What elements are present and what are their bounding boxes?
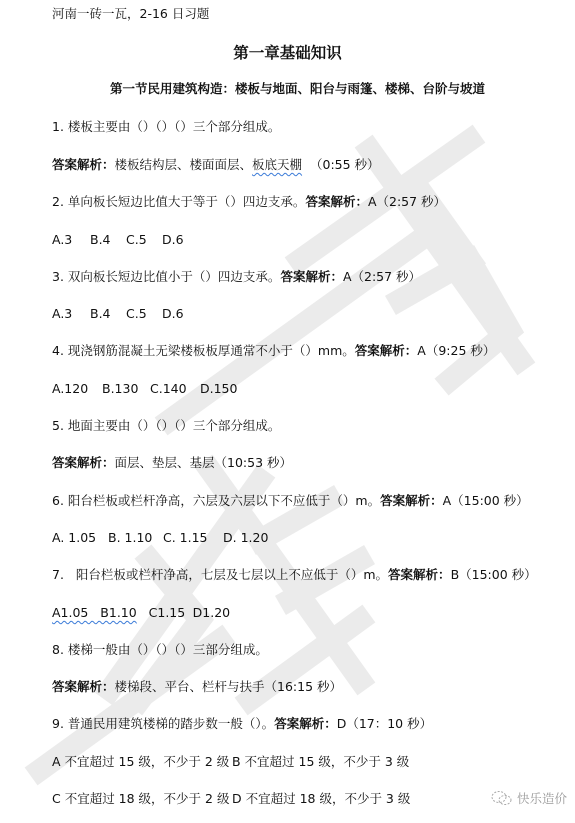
question-4: 4. 现浇钢筋混凝土无梁楼板板厚通常不小于（）mm。答案解析：A（9:25 秒）: [52, 343, 495, 359]
option: C.5: [126, 232, 162, 248]
chapter-title: 第一章基础知识: [0, 43, 575, 63]
answer-label: 答案解析：: [380, 493, 443, 508]
answer-label: 答案解析：: [305, 194, 368, 209]
answer-label: 答案解析：: [52, 679, 115, 694]
option: A.120: [52, 381, 102, 397]
option: B.130: [102, 381, 150, 397]
question-2: 2. 单向板长短边比值大于等于（）四边支承。答案解析：A（2:57 秒）: [52, 194, 446, 210]
option: B.4: [90, 232, 126, 248]
options-7: A1.05 B1.10 C1.15D1.20: [52, 605, 230, 621]
option: C. 1.15: [163, 530, 223, 546]
option: D.6: [162, 232, 184, 248]
option: C.140: [150, 381, 200, 397]
answer-label: 答案解析：: [274, 716, 337, 731]
source-logo: 快乐造价: [491, 789, 567, 807]
answer-label: 答案解析：: [355, 343, 418, 358]
logo-text: 快乐造价: [517, 789, 567, 807]
document-header: 河南一砖一瓦，2-16 日习题: [52, 6, 209, 22]
options-6: A. 1.05B. 1.10C. 1.15D. 1.20: [52, 530, 268, 546]
option: C1.15: [149, 605, 193, 621]
question-9: 9. 普通民用建筑楼梯的踏步数一般（）。答案解析：D（17：10 秒）: [52, 716, 432, 732]
question-3: 3. 双向板长短边比值小于（）四边支承。答案解析：A（2:57 秒）: [52, 269, 421, 285]
section-subtitle: 第一节民用建筑构造：楼板与地面、阳台与雨篷、楼梯、台阶与坡道: [0, 81, 575, 97]
options-9-row-2: C 不宜超过 18 级，不少于 2 级D 不宜超过 18 级，不少于 3 级: [52, 791, 410, 807]
spellcheck-marked-options: A1.05 B1.10: [52, 605, 137, 620]
question-8: 8. 楼梯一般由（）（）（）三部分组成。: [52, 642, 268, 658]
option: C.5: [126, 306, 162, 322]
wechat-icon: [491, 790, 513, 806]
answer-label: 答案解析：: [52, 157, 115, 172]
answer-label: 答案解析：: [52, 455, 115, 470]
answer-5: 答案解析：面层、垫层、基层（10:53 秒）: [52, 455, 292, 471]
option: D 不宜超过 18 级，不少于 3 级: [232, 791, 410, 807]
option: B 不宜超过 15 级，不少于 3 级: [232, 754, 409, 770]
answer-8: 答案解析：楼梯段、平台、栏杆与扶手（16:15 秒）: [52, 679, 342, 695]
question-6: 6. 阳台栏板或栏杆净高，六层及六层以下不应低于（）m。答案解析：A（15:00…: [52, 493, 529, 509]
option: D. 1.20: [223, 530, 268, 546]
options-4: A.120B.130C.140D.150: [52, 381, 237, 397]
question-7: 7. 阳台栏板或栏杆净高，七层及七层以上不应低于（）m。答案解析：B（15:00…: [52, 567, 537, 583]
option: C 不宜超过 18 级，不少于 2 级: [52, 791, 232, 807]
options-9-row-1: A 不宜超过 15 级，不少于 2 级B 不宜超过 15 级，不少于 3 级: [52, 754, 409, 770]
option: D.6: [162, 306, 184, 322]
answer-1: 答案解析：楼板结构层、楼面面层、板底天棚 （0:55 秒）: [52, 157, 380, 173]
option: A.3: [52, 232, 90, 248]
options-3: A.3B.4C.5D.6: [52, 306, 184, 322]
option: D.150: [200, 381, 237, 397]
option: A.3: [52, 306, 90, 322]
options-2: A.3B.4C.5D.6: [52, 232, 184, 248]
question-5: 5. 地面主要由（）（）（）三个部分组成。: [52, 418, 280, 434]
option: B. 1.10: [108, 530, 163, 546]
option: D1.20: [193, 605, 230, 621]
question-1: 1. 楼板主要由（）（）（）三个部分组成。: [52, 119, 280, 135]
answer-label: 答案解析：: [280, 269, 343, 284]
option: A 不宜超过 15 级，不少于 2 级: [52, 754, 232, 770]
option: B.4: [90, 306, 126, 322]
spellcheck-marked-text: 板底天棚: [252, 157, 302, 172]
answer-label: 答案解析：: [388, 567, 451, 582]
option: A. 1.05: [52, 530, 108, 546]
